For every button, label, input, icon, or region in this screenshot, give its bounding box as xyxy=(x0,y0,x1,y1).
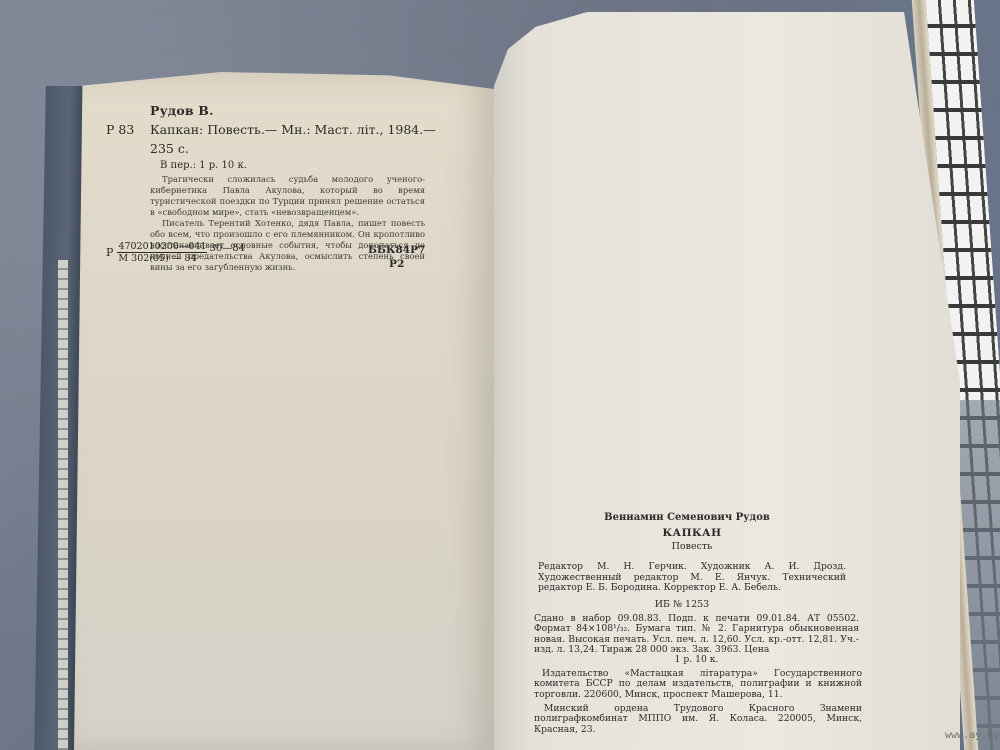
index-fraction: 4702010200—041 М 302(05) — 84 xyxy=(117,241,207,264)
printer-text: Минский ордена Трудового Красного Знамен… xyxy=(534,704,862,736)
colophon-ib-number: ИБ № 1253 xyxy=(518,599,846,610)
colophon-printer: Минский ордена Трудового Красного Знамен… xyxy=(534,704,862,736)
index-prefix: Р xyxy=(106,246,113,259)
colophon-genre: Повесть xyxy=(538,541,846,552)
index-suffix: 30—84 xyxy=(209,243,244,254)
colophon-publisher: Издательство «Мастацкая літаратура» Госу… xyxy=(534,669,862,701)
card-pages: 235 с. xyxy=(150,141,189,156)
colophon-staff: Редактор М. Н. Герчик. Художник А. И. Др… xyxy=(538,562,846,594)
print-details-text: Сдано в набор 09.08.83. Подп. к печати 0… xyxy=(534,614,859,656)
index-numerator: 4702010200—041 xyxy=(117,241,207,253)
card-index: Р 4702010200—041 М 302(05) — 84 30—84 xyxy=(106,241,245,264)
card-price: В пер.: 1 р. 10 к. xyxy=(160,160,247,171)
colophon-author: Вениамин Семенович Рудов xyxy=(528,512,846,523)
page-stack-left-edge xyxy=(58,260,68,750)
colophon: Вениамин Семенович Рудов КАПКАН Повесть … xyxy=(538,512,846,735)
colophon-title: КАПКАН xyxy=(538,527,846,539)
bbk-code: ББК84Р7 Р2 xyxy=(368,243,425,271)
bbk-main: ББК84Р7 xyxy=(368,243,425,257)
colophon-print-details: Сдано в набор 09.08.83. Подп. к печати 0… xyxy=(534,614,859,666)
publisher-text: Издательство «Мастацкая літаратура» Госу… xyxy=(534,669,862,701)
card-author: Рудов В. xyxy=(150,103,214,118)
card-class-code: Р 83 xyxy=(106,122,134,137)
bbk-sub: Р2 xyxy=(368,257,425,271)
watermark: www.ay.by xyxy=(945,730,999,741)
card-title-line: Капкан: Повесть.— Мн.: Маст. літ., 1984.… xyxy=(150,122,436,137)
index-denominator: М 302(05) — 84 xyxy=(117,253,207,264)
annotation-paragraph: Трагически сложилась судьба молодого уче… xyxy=(150,174,425,218)
print-price: 1 р. 10 к. xyxy=(534,655,859,665)
